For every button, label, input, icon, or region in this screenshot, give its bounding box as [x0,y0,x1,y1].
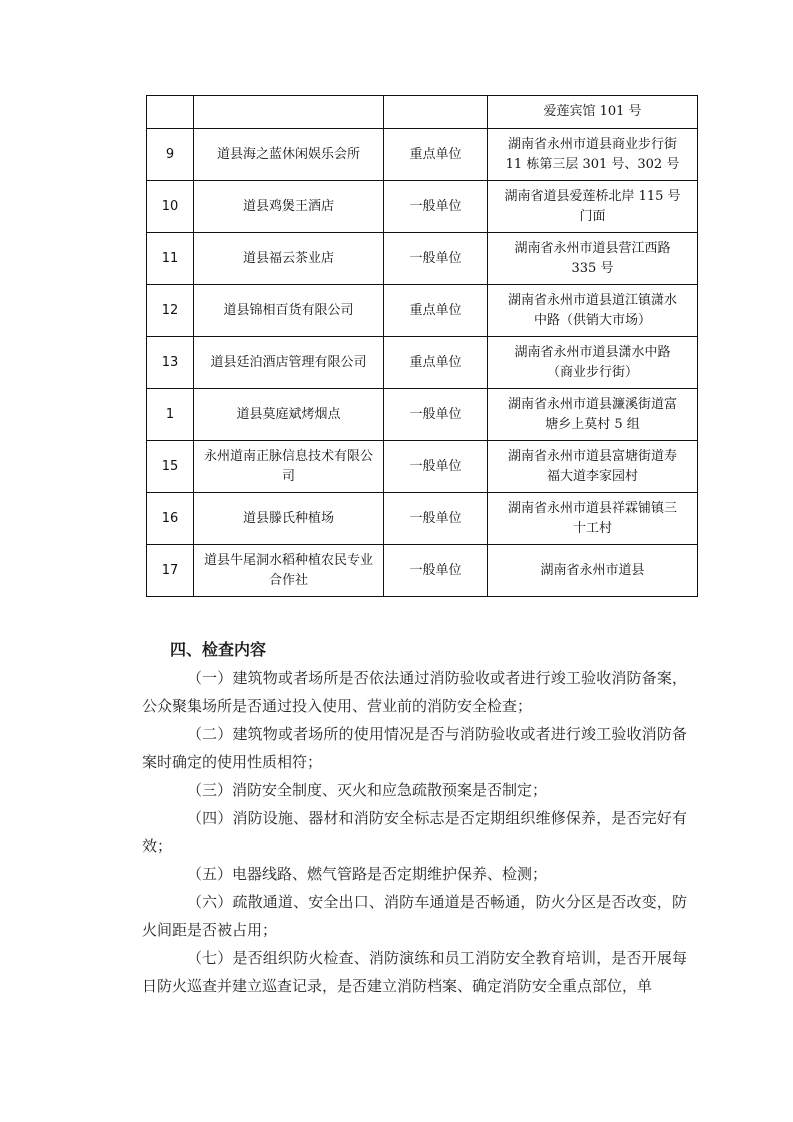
table-row: 13 道县廷泊酒店管理有限公司 重点单位 湖南省永州市道县潇水中路 （商业步行街… [147,337,698,389]
cell-unit-name: 道县福云茶业店 [194,233,384,285]
cell-unit-type: 一般单位 [384,233,488,285]
cell-unit-type: 一般单位 [384,389,488,441]
cell-address: 湖南省道县爱莲桥北岸 115 号 门面 [488,181,698,233]
cell-unit-type [384,96,488,129]
table-row: 17 道县牛尾洞水稻种植农民专业 合作社 一般单位 湖南省永州市道县 [147,545,698,597]
cell-unit-type: 重点单位 [384,285,488,337]
cell-no: 13 [147,337,194,389]
inspection-content-section: 四、检查内容 （一）建筑物或者场所是否依法通过消防验收或者进行竣工验收消防备案，… [142,636,687,1000]
paragraph-item-7: （七）是否组织防火检查、消防演练和员工消防安全教育培训，是否开展每日防火巡查并建… [142,944,687,1000]
cell-no [147,96,194,129]
cell-address: 湖南省永州市道县道江镇潇水 中路（供销大市场） [488,285,698,337]
cell-no: 17 [147,545,194,597]
cell-no: 1 [147,389,194,441]
cell-unit-type: 重点单位 [384,337,488,389]
cell-unit-name: 永州道南正脉信息技术有限公 司 [194,441,384,493]
cell-no: 12 [147,285,194,337]
paragraph-item-2: （二）建筑物或者场所的使用情况是否与消防验收或者进行竣工验收消防备案时确定的使用… [142,720,687,776]
cell-unit-name: 道县滕氏种植场 [194,493,384,545]
cell-unit-name: 道县牛尾洞水稻种植农民专业 合作社 [194,545,384,597]
cell-no: 16 [147,493,194,545]
cell-unit-name: 道县鸡煲王酒店 [194,181,384,233]
table-row: 16 道县滕氏种植场 一般单位 湖南省永州市道县祥霖铺镇三 十工村 [147,493,698,545]
table-row-continuation: 爱莲宾馆 101 号 [147,96,698,129]
cell-unit-type: 一般单位 [384,545,488,597]
table-row: 15 永州道南正脉信息技术有限公 司 一般单位 湖南省永州市道县富塘街道寿 福大… [147,441,698,493]
cell-address: 湖南省永州市道县营江西路 335 号 [488,233,698,285]
document-page: 爱莲宾馆 101 号 9 道县海之蓝休闲娱乐会所 重点单位 湖南省永州市道县商业… [0,0,793,1122]
cell-address: 湖南省永州市道县祥霖铺镇三 十工村 [488,493,698,545]
cell-address: 湖南省永州市道县商业步行街 11 栋第三层 301 号、302 号 [488,129,698,181]
table-row: 1 道县莫庭斌烤烟点 一般单位 湖南省永州市道县濂溪街道富 塘乡上莫村 5 组 [147,389,698,441]
cell-unit-name: 道县锦相百货有限公司 [194,285,384,337]
cell-address: 湖南省永州市道县潇水中路 （商业步行街） [488,337,698,389]
cell-unit-type: 一般单位 [384,493,488,545]
table-row: 12 道县锦相百货有限公司 重点单位 湖南省永州市道县道江镇潇水 中路（供销大市… [147,285,698,337]
cell-unit-name [194,96,384,129]
table-row: 10 道县鸡煲王酒店 一般单位 湖南省道县爱莲桥北岸 115 号 门面 [147,181,698,233]
cell-no: 15 [147,441,194,493]
paragraph-item-3: （三）消防安全制度、灭火和应急疏散预案是否制定； [142,776,687,804]
cell-unit-name: 道县海之蓝休闲娱乐会所 [194,129,384,181]
cell-address: 爱莲宾馆 101 号 [488,96,698,129]
paragraph-item-6: （六）疏散通道、安全出口、消防车通道是否畅通，防火分区是否改变，防火间距是否被占… [142,888,687,944]
paragraph-item-1: （一）建筑物或者场所是否依法通过消防验收或者进行竣工验收消防备案，公众聚集场所是… [142,664,687,720]
table-row: 11 道县福云茶业店 一般单位 湖南省永州市道县营江西路 335 号 [147,233,698,285]
section-heading: 四、检查内容 [170,636,687,664]
cell-no: 9 [147,129,194,181]
cell-unit-type: 一般单位 [384,441,488,493]
table-row: 9 道县海之蓝休闲娱乐会所 重点单位 湖南省永州市道县商业步行街 11 栋第三层… [147,129,698,181]
paragraph-item-4: （四）消防设施、器材和消防安全标志是否定期组织维修保养，是否完好有效； [142,804,687,860]
inspection-units-table: 爱莲宾馆 101 号 9 道县海之蓝休闲娱乐会所 重点单位 湖南省永州市道县商业… [146,95,698,597]
cell-no: 10 [147,181,194,233]
cell-no: 11 [147,233,194,285]
cell-unit-name: 道县廷泊酒店管理有限公司 [194,337,384,389]
cell-address: 湖南省永州市道县濂溪街道富 塘乡上莫村 5 组 [488,389,698,441]
cell-unit-name: 道县莫庭斌烤烟点 [194,389,384,441]
cell-address: 湖南省永州市道县 [488,545,698,597]
paragraph-item-5: （五）电器线路、燃气管路是否定期维护保养、检测； [142,860,687,888]
cell-unit-type: 重点单位 [384,129,488,181]
cell-address: 湖南省永州市道县富塘街道寿 福大道李家园村 [488,441,698,493]
cell-unit-type: 一般单位 [384,181,488,233]
